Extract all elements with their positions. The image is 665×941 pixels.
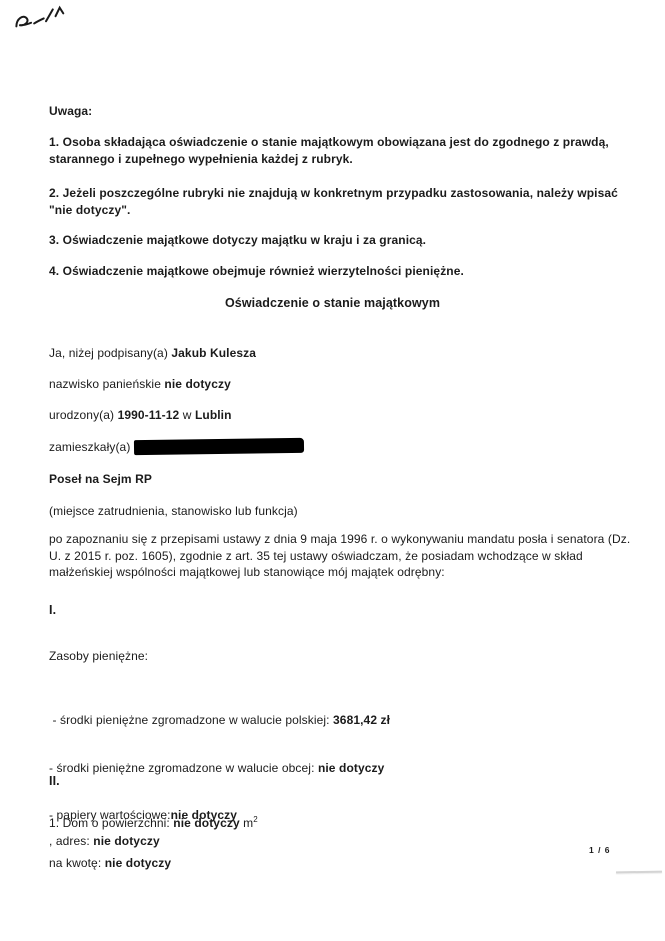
maiden-name-line: nazwisko panieńskie nie dotyczy [49, 376, 231, 392]
address-label: , adres: [49, 834, 93, 848]
address-value: nie dotyczy [93, 834, 159, 848]
money-item-amount: na kwotę: nie dotyczy [49, 856, 633, 872]
note-item-1: 1. Osoba składająca oświadczenie o stani… [49, 134, 629, 168]
maiden-name-value: nie dotyczy [164, 377, 230, 391]
declarant-intro-label: Ja, niżej podpisany(a) [49, 346, 171, 360]
redaction-bar [134, 438, 304, 455]
note-item-2: 2. Jeżeli poszczególne rubryki nie znajd… [49, 185, 629, 219]
birth-place: Lublin [195, 408, 232, 422]
scanned-document-page: Uwaga: 1. Osoba składająca oświadczenie … [0, 0, 665, 941]
document-title: Oświadczenie o stanie majątkowym [0, 295, 665, 311]
position-line: Poseł na Sejm RP [49, 471, 152, 487]
page-number: 1 / 6 [589, 845, 611, 855]
money-item-foreign-currency: - środki pieniężne zgromadzone w walucie… [49, 761, 633, 777]
birth-line: urodzony(a) 1990-11-12 w Lublin [49, 407, 232, 423]
money-item-label: na kwotę: [49, 856, 105, 870]
scan-artifact-line [616, 871, 662, 874]
house-unit: m [240, 816, 254, 830]
money-item-value: nie dotyczy [105, 856, 171, 870]
money-list: - środki pieniężne zgromadzone w walucie… [49, 681, 633, 904]
birth-connector: w [179, 408, 195, 422]
house-label: 1. Dom o powierzchni: [49, 816, 173, 830]
section-2-number: II. [49, 773, 60, 789]
handwritten-annotation-icon [8, 1, 94, 39]
address-line: , adres: nie dotyczy [49, 833, 160, 849]
declarant-name: Jakub Kulesza [171, 346, 256, 360]
house-line: 1. Dom o powierzchni: nie dotyczy m2 [49, 815, 258, 831]
legal-paragraph: po zapoznaniu się z przepisami ustawy z … [49, 531, 633, 581]
position-caption: (miejsce zatrudnienia, stanowisko lub fu… [49, 503, 298, 519]
birth-label: urodzony(a) [49, 408, 118, 422]
declarant-name-line: Ja, niżej podpisany(a) Jakub Kulesza [49, 345, 256, 361]
money-item-polish-currency: - środki pieniężne zgromadzone w walucie… [49, 713, 633, 729]
note-item-4: 4. Oświadczenie majątkowe obejmuje równi… [49, 263, 629, 280]
money-item-label: - środki pieniężne zgromadzone w walucie… [49, 761, 318, 775]
maiden-name-label: nazwisko panieńskie [49, 377, 164, 391]
birth-date: 1990-11-12 [118, 408, 180, 422]
residence-line: zamieszkały(a) [49, 439, 304, 455]
residence-label: zamieszkały(a) [49, 440, 134, 454]
note-item-3: 3. Oświadczenie majątkowe dotyczy majątk… [49, 232, 629, 249]
money-item-label: - środki pieniężne zgromadzone w walucie… [49, 713, 333, 727]
house-unit-exponent: 2 [253, 815, 258, 824]
notes-heading: Uwaga: [49, 103, 629, 120]
money-item-value: 3681,42 zł [333, 713, 390, 727]
section-1-number: I. [49, 602, 56, 618]
house-value: nie dotyczy [173, 816, 239, 830]
section-1-heading: Zasoby pieniężne: [49, 648, 148, 664]
money-item-value: nie dotyczy [318, 761, 384, 775]
